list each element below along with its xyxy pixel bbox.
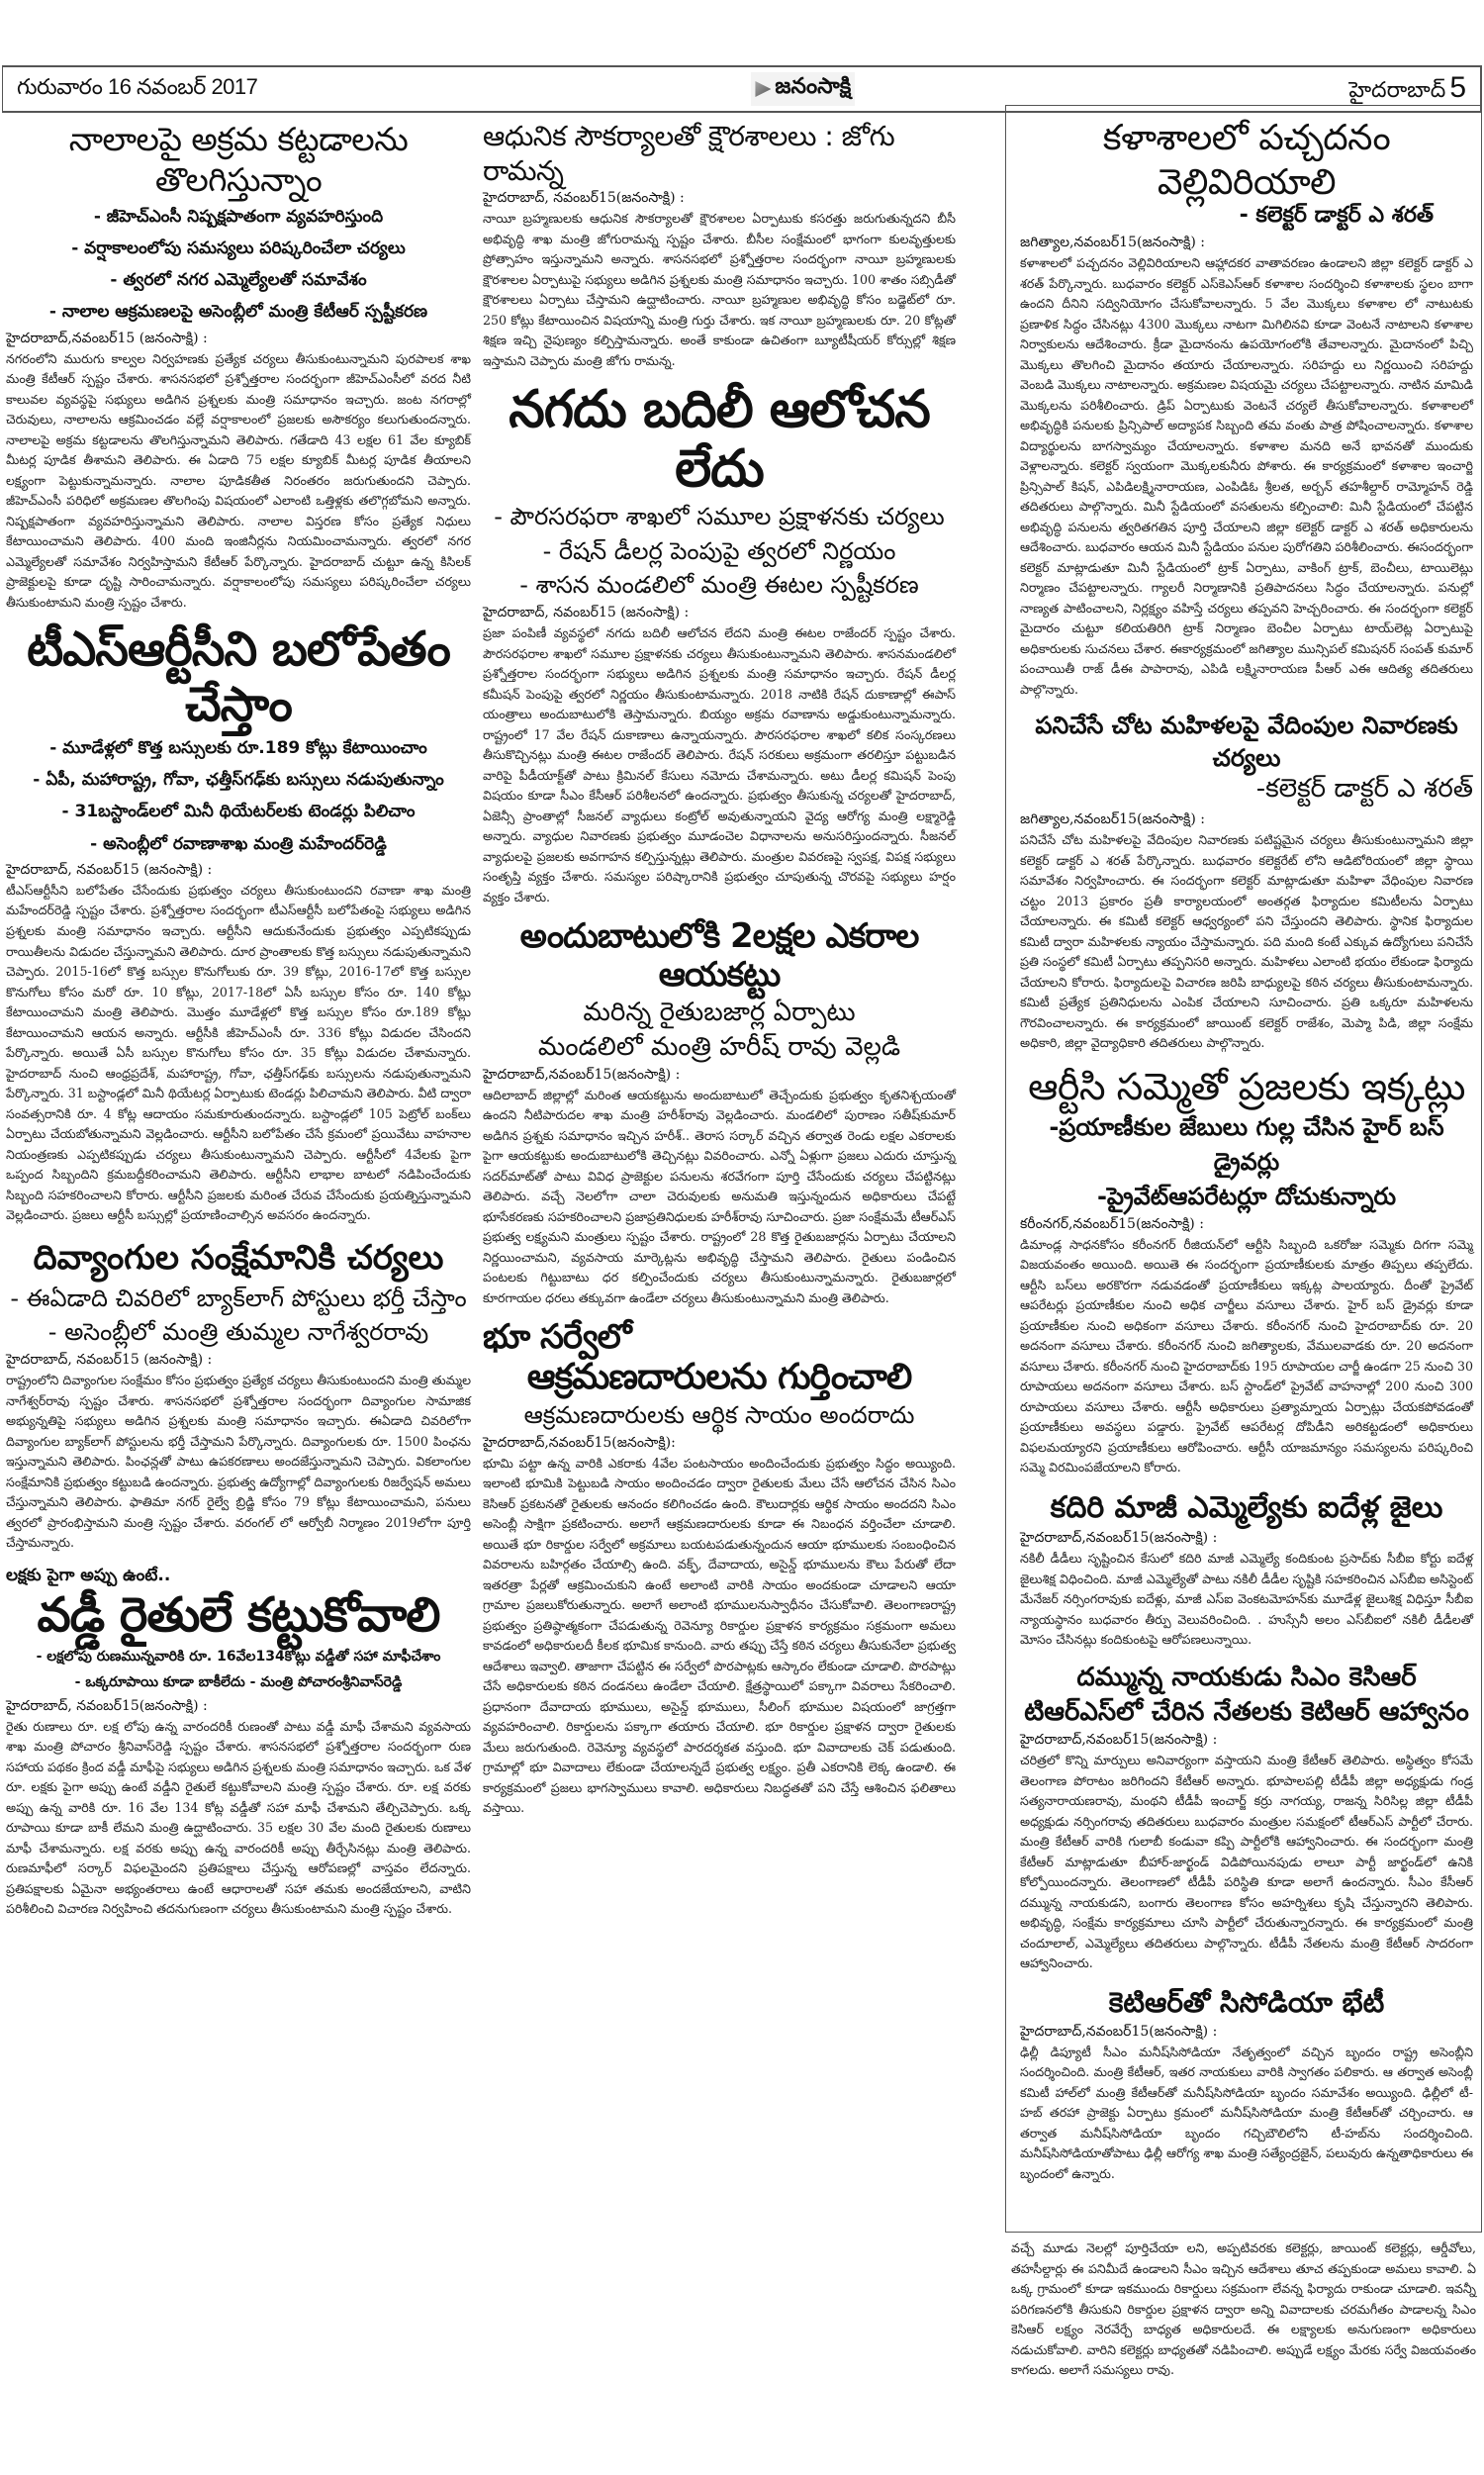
headline: దివ్యాంగుల సంక్షేమానికి చర్యలు [6,1236,471,1282]
edition-city: హైదరాబాద్ [1348,78,1445,108]
headline: ఆధునిక సౌకర్యాలతో క్షౌరశాలలు : జోగు రామన… [483,119,956,188]
headline: టీఎస్‌ఆర్టీసీని బలోపేతం చేస్తాం [6,622,471,731]
subheading: - శాసన మండలిలో మంత్రి ఈటల స్పష్టీకరణ [483,568,956,603]
dateline: హైదరాబాద్, నవంబర్15 (జనంసాక్షి) : [483,603,956,623]
kicker: భూ సర్వేలో [483,1318,956,1357]
dateline: హైదరాబాద్,నవంబర్15(జనంసాక్షి): [483,1433,956,1454]
dateline: జగిత్యాల,నవంబర్15(జనంసాక్షి) : [1020,809,1473,830]
headline: నాలాలపై అక్రమ కట్టడాలను తొలగిస్తున్నాం [6,119,471,201]
article-body: కళాశాలలో పచ్చదనం వెల్లివిరియాలని ఆహ్లాదక… [1020,253,1473,700]
dateline: హైదరాబాద్,నవంబర్15(జనంసాక్షి) : [1020,1528,1473,1549]
subheading: - రేషన్ డీలర్ల పెంపుపై త్వరలో నిర్ణయం [483,534,956,569]
subheading: -ప్రైవేట్‌ఆపరేటర్లూ దోచుకున్నారు [1020,1180,1473,1214]
article-saloons: ఆధునిక సౌకర్యాలతో క్షౌరశాలలు : జోగు రామన… [483,119,956,371]
dateline: హైదరాబాద్,నవంబర్15(జనంసాక్షి) : [483,1065,956,1086]
article-women-harassment: పనిచేసే చోట మహిళలపై వేదింపుల నివారణకు చర… [1020,710,1473,1053]
subheading: టిఆర్ఎస్‌లో చేరిన నేతలకు కెటిఆర్ ఆహ్వానం [1020,1695,1473,1730]
dateline: హైదరాబాద్, నవంబర్15 (జనంసాక్షి) : [6,1350,471,1371]
dateline: హైదరాబాద్,నవంబర్15(జనంసాక్షి) : [1020,2022,1473,2043]
article-body: డిమాండ్ల సాధనకోసం కరీంనగర్ రీజియన్‌లో ఆర… [1020,1235,1473,1478]
subheading: -ప్రయాణీకుల జేబులు గుల్ల చేసిన హైర్ బస్ … [1020,1110,1473,1180]
subheading: మండలిలో మంత్రి హరీష్ రావు వెల్లడి [483,1030,956,1065]
article-ayacut: అందుబాటులోకి 2లక్షల ఎకరాల ఆయకట్టు మరిన్న… [483,917,956,1308]
subheading: మరిన్న రైతుబజార్ల ఏర్పాటు [483,996,956,1030]
article-body: టీఎస్ఆర్టీసీని బలోపేతం చేసేందుకు ప్రభుత్… [6,881,471,1226]
article-body: ఆదిలాబాద్ జిల్లాల్లో మరింత ఆయకట్టును అంద… [483,1086,956,1309]
subheading: - మూడేళ్లలో కొత్త బస్సులకు రూ.189 కోట్లు… [6,732,471,764]
subheading: - 31బస్టాండ్‌లలో మినీ థియేటర్‌లకు టెండర్… [6,796,471,827]
newspaper-logo: జనంసాక్షి [751,72,855,106]
article-body: నగరంలోని మురుగు కాల్వల నిర్వహణకు ప్రత్యే… [6,349,471,614]
right-column-box: కళాశాలలో పచ్చదనం వెల్లివిరియాలి - కలెక్ట… [1005,105,1482,2233]
byline: - కలెక్టర్ డాక్టర్ ఎ శరత్ [1020,203,1473,233]
headline: కళాశాలలో పచ్చదనం వెల్లివిరియాలి [1020,116,1473,205]
dateline: కరీంనగర్,నవంబర్15(జనంసాక్షి) : [1020,1214,1473,1235]
subheading: - వర్షాకాలంలోపు సమస్యలు పరిష్కరించేలా చర… [6,233,471,264]
subheading: - ఒక్కరూపాయి కూడా బాకీలేదు - మంత్రి పోచా… [6,1669,471,1696]
subheading: - అసెంబ్లీలో రవాణాశాఖ మంత్రి మహేందర్‌రెడ… [6,828,471,860]
article-cash-transfer: నగదు బదిలీ ఆలోచన లేదు - పౌరసరఫరా శాఖలో స… [483,381,956,907]
headline: కదిరి మాజీ ఎమ్మెల్యేకు ఐదేళ్ల జైలు [1020,1488,1473,1529]
left-column: నాలాలపై అక్రమ కట్టడాలను తొలగిస్తున్నాం -… [6,119,471,1920]
article-body: భూమి పట్టా ఉన్న వారికి ఎకరాకు 4వేల పంటసా… [483,1454,956,1819]
issue-date: గురువారం 16 నవంబర్ 2017 [17,74,257,105]
subheading: - పౌరసరఫరా శాఖలో సమూల ప్రక్షాళనకు చర్యలు [483,500,956,534]
logo-text: జనంసాక్షి [775,74,851,104]
dateline: హైదరాబాద్, నవంబర్15(జనంసాక్షి) : [6,1696,471,1717]
headline: కెటిఆర్‌తో సిసోడియా భేటీ [1020,1984,1473,2022]
edition-label: హైదరాబాద్ 5 [1348,71,1466,108]
article-loan-interest: లక్షకు పైగా అప్పు ఉంటే.. వడ్డీ రైతులే కట… [6,1564,471,1920]
dateline: హైదరాబాద్, నవంబర్15(జనంసాక్షి) : [483,188,956,209]
subheading: ఆక్రమణదారులకు ఆర్థిక సాయం అందరాదు [483,1398,956,1433]
headline: అందుబాటులోకి 2లక్షల ఎకరాల ఆయకట్టు [483,917,956,995]
dateline: హైదరాబాద్,నవంబర్15(జనంసాక్షి) : [1020,1730,1473,1751]
article-body: నకిలీ డీడీలు సృష్టించిన కేసులో కదిరి మాజ… [1020,1549,1473,1651]
page-number: 5 [1449,71,1466,105]
article-land-survey: భూ సర్వేలో ఆక్రమణదారులను గుర్తించాలి ఆక్… [483,1318,956,1819]
article-nala-encroachments: నాలాలపై అక్రమ కట్టడాలను తొలగిస్తున్నాం -… [6,119,471,613]
headline: వడ్డీ రైతులే కట్టుకోవాలి [6,1588,471,1643]
headline: పనిచేసే చోట మహిళలపై వేదింపుల నివారణకు చర… [1020,710,1473,774]
middle-column: ఆధునిక సౌకర్యాలతో క్షౌరశాలలు : జోగు రామన… [483,119,956,1819]
dateline: హైదరాబాద్, నవంబర్15 (జనంసాక్షి) : [6,860,471,881]
subheading: - లక్షలోపు రుణమున్నవారికి రూ. 16వేల134కో… [6,1644,471,1670]
byline: -కలెక్టర్ డాక్టర్ ఎ శరత్ [1020,774,1473,809]
article-body: రాష్ట్రంలోని దివ్యాంగుల సంక్షేమం కోసం ప్… [6,1371,471,1554]
article-rtc-strike: ఆర్టీసి సమ్మెతో ప్రజలకు ఇక్కట్లు -ప్రయాణ… [1020,1064,1473,1478]
subheading: - జీహెచ్‌ఎంసీ నిష్పక్షపాతంగా వ్యవహరిస్తు… [6,201,471,233]
subheading: - అసెంబ్లీలో మంత్రి తుమ్మల నాగేశ్వరరావు [6,1315,471,1350]
article-body: పనిచేసే చోట మహిళలపై వేదింపుల నివారణకు పట… [1020,830,1473,1054]
headline: ఆక్రమణదారులను గుర్తించాలి [483,1357,956,1397]
article-kadiri-mla: కదిరి మాజీ ఎమ్మెల్యేకు ఐదేళ్ల జైలు హైదరా… [1020,1488,1473,1651]
dateline: జగిత్యాల,నవంబర్15(జనంసాక్షి) : [1020,233,1473,253]
article-divyang-welfare: దివ్యాంగుల సంక్షేమానికి చర్యలు - ఈఏడాది … [6,1236,471,1554]
subheading: - ఈఏడాది చివరిలో బ్యాక్‌లాగ్ పోస్టులు భర… [6,1282,471,1316]
article-body: నాయీ బ్రహ్మణులకు ఆధునిక సౌకర్యాలతో క్షౌర… [483,209,956,371]
article-body: వచ్చే మూడు నెలల్లో పూర్తిచేయా లని, అప్పట… [1011,2238,1476,2381]
headline: ఆర్టీసి సమ్మెతో ప్రజలకు ఇక్కట్లు [1020,1064,1473,1111]
subheading: - ఏపీ, మహారాష్ట్ర, గోవా, ఛత్తీస్‌గఢ్‌కు … [6,764,471,796]
article-sisodia-meet: కెటిఆర్‌తో సిసోడియా భేటీ హైదరాబాద్,నవంబర… [1020,1984,1473,2184]
article-tsrtc: టీఎస్‌ఆర్టీసీని బలోపేతం చేస్తాం - మూడేళ్… [6,622,471,1225]
article-body: చరిత్రలో కొన్ని మార్పులు అనివార్యంగా వస్… [1020,1751,1473,1974]
land-survey-continuation: వచ్చే మూడు నెలల్లో పూర్తిచేయా లని, అప్పట… [1011,2238,1476,2381]
article-cm-kcr: దమ్మున్న నాయకుడు సిఎం కెసిఆర్ టిఆర్ఎస్‌ల… [1020,1661,1473,1974]
subheading: - నాలాల ఆక్రమణలపై అసెంబ్లీలో మంత్రి కేటీ… [6,296,471,328]
article-body: ప్రజా పంపిణీ వ్యవస్థలో నగదు బదిలీ ఆలోచన … [483,623,956,907]
kicker: లక్షకు పైగా అప్పు ఉంటే.. [6,1564,471,1589]
article-college-greenery: కళాశాలలో పచ్చదనం వెల్లివిరియాలి - కలెక్ట… [1020,116,1473,700]
article-body: ఢిల్లీ డిప్యూటీ సీఎం మనీష్‌సిసోడియా నేతృ… [1020,2043,1473,2185]
headline: నగదు బదిలీ ఆలోచన లేదు [483,381,956,500]
article-body: రైతు రుణాలు రూ. లక్ష లోపు ఉన్న వారందరికీ… [6,1717,471,1920]
headline: దమ్మున్న నాయకుడు సిఎం కెసిఆర్ [1020,1661,1473,1695]
subheading: - త్వరలో నగర ఎమ్మెల్యేలతో సమావేశం [6,264,471,296]
logo-arrow-icon [755,81,771,97]
dateline: హైదరాబాద్,నవంబర్15 (జనంసాక్షి) : [6,329,471,349]
